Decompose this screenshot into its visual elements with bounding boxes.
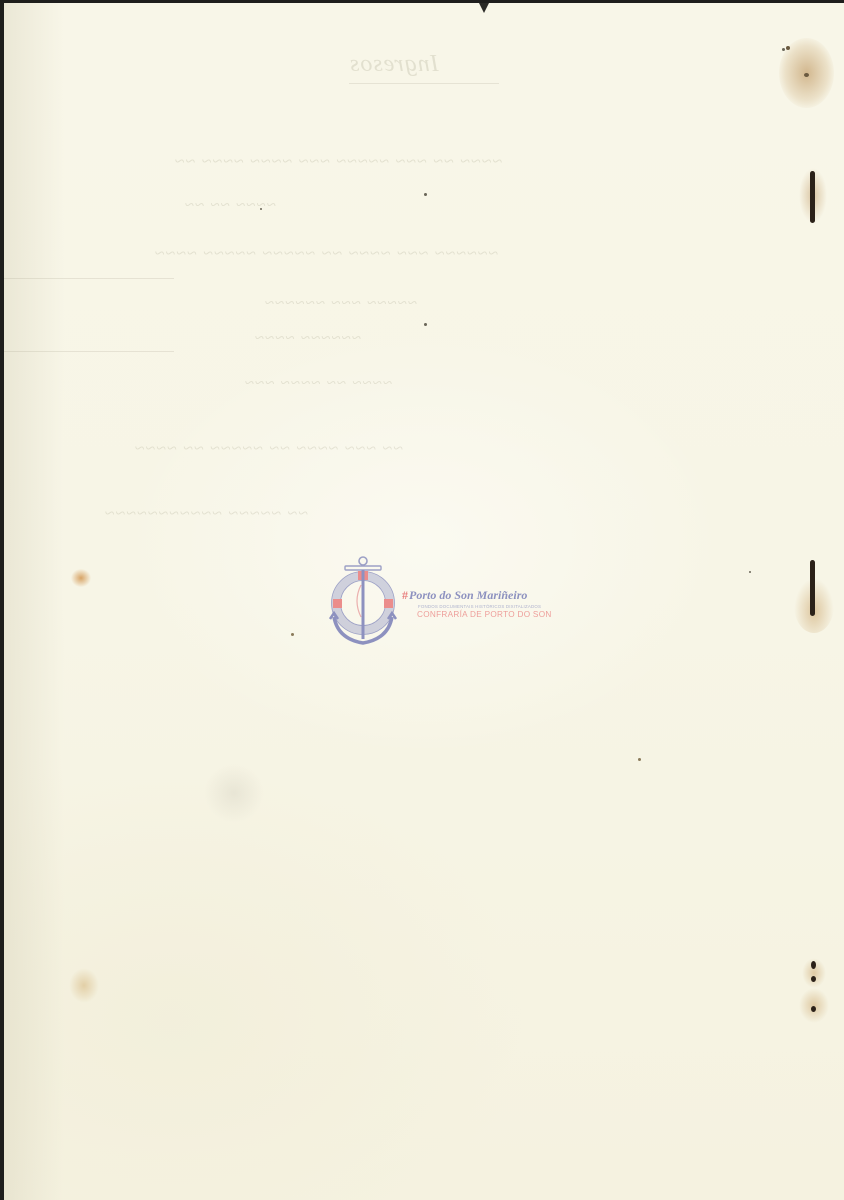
hash-icon: # bbox=[402, 588, 408, 602]
dust-speck bbox=[638, 758, 641, 761]
archive-watermark: #Porto do Son Mariñeiro FONDOS DOCUMENTA… bbox=[326, 553, 536, 653]
stain-spot bbox=[786, 46, 790, 50]
bleed-through-rule bbox=[349, 83, 499, 84]
watermark-organization: CONFRARÍA DE PORTO DO SON bbox=[417, 610, 552, 619]
staple-rust-mark bbox=[811, 976, 816, 982]
dust-speck bbox=[424, 323, 427, 326]
bleed-through-line: ~~~~~ ~~~ ~~~~~~ bbox=[264, 293, 417, 313]
staple-rust-mark bbox=[810, 560, 815, 616]
bleed-through-line: ~~~~~~ ~~~~ bbox=[254, 328, 361, 348]
dust-speck bbox=[749, 571, 751, 573]
dust-speck bbox=[424, 193, 427, 196]
bleed-through-rule bbox=[4, 351, 174, 352]
watermark-subtitle: FONDOS DOCUMENTAIS HISTÓRICOS DIXITALIZA… bbox=[418, 604, 541, 609]
anchor-lifebuoy-logo-icon bbox=[328, 553, 398, 651]
bleed-through-line: ~~ ~~~~~ ~~~~~~~~~~~ bbox=[104, 503, 308, 524]
bleed-through-line: ~~~~ ~~ ~~~~ ~~~ bbox=[244, 373, 392, 393]
stain-spot bbox=[804, 73, 809, 77]
bleed-through-heading: Ingresos bbox=[349, 51, 439, 78]
dust-speck bbox=[291, 633, 294, 636]
dust-speck bbox=[260, 208, 262, 210]
bleed-through-line: ~~~~ ~~ ~~ bbox=[184, 195, 276, 215]
foxing-stain bbox=[70, 568, 92, 588]
page-edge-shadow bbox=[4, 3, 64, 1200]
staple-rust-mark bbox=[811, 1006, 816, 1012]
smudge bbox=[204, 763, 264, 823]
foxing-stain bbox=[69, 968, 99, 1003]
staple-rust-mark bbox=[810, 171, 815, 223]
page-tear bbox=[479, 3, 489, 13]
document-page: Ingresos ~~~~ ~~ ~~~ ~~~~~ ~~~ ~~~~ ~~~~… bbox=[4, 3, 844, 1200]
bleed-through-rule bbox=[4, 278, 174, 279]
bleed-through-line: ~~~~~~ ~~~ ~~~~ ~~ ~~~~~ ~~~~~ ~~~~ bbox=[154, 243, 498, 264]
bleed-through-line: ~~~~ ~~ ~~~ ~~~~~ ~~~ ~~~~ ~~~~ ~~ bbox=[174, 151, 502, 172]
staple-rust-mark bbox=[811, 961, 816, 969]
watermark-brand: #Porto do Son Mariñeiro bbox=[402, 588, 527, 603]
bleed-through-line: ~~ ~~~ ~~~~ ~~ ~~~~~ ~~ ~~~~ bbox=[134, 438, 403, 459]
dust-speck bbox=[782, 48, 785, 51]
watermark-brand-text: Porto do Son Mariñeiro bbox=[409, 588, 527, 602]
